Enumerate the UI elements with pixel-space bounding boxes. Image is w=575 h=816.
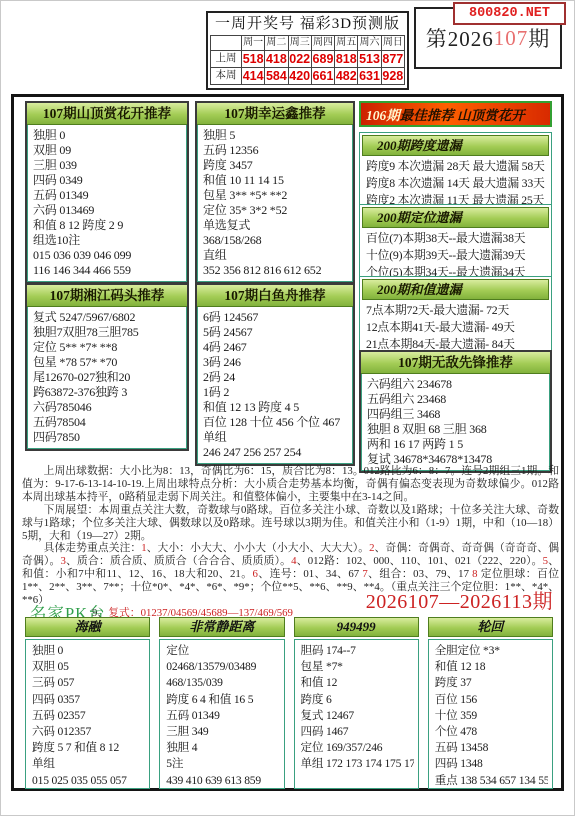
box-content: 六码组六 234678五码组六 23468四码组三 3468独胆 8 双胆 68… <box>361 374 550 471</box>
week-table-header-row: 周一周二周三周四周五周六周日 <box>211 36 404 50</box>
text-line: 跨度 6 <box>301 692 414 708</box>
text-line: 包星 3** *5* **2 <box>203 188 347 203</box>
text-line: 周日 <box>381 36 404 50</box>
week-table-corner <box>211 36 241 50</box>
box-baiyuzhou: 107期白鱼舟推荐 6码 1245675码 245674码 24673码 246… <box>195 283 355 466</box>
watermark-badge: 800820.NET <box>453 2 566 25</box>
text-line: 十位 359 <box>435 708 548 724</box>
text-line: 周四 <box>311 36 334 50</box>
text-line: 单组 <box>32 756 145 772</box>
text-line: 518 <box>241 51 264 67</box>
text-line: 跨度 5 7 和值 8 12 <box>32 740 145 756</box>
week-table-row-lastweek: 上周 518418022689818513877 <box>211 50 404 67</box>
text-line: 三胆 039 <box>33 158 181 173</box>
text-line: 418 <box>264 51 287 67</box>
analysis-paragraph-lastweek: 上周出球数据：大小比为8：13，奇偶比为6：15，质合比为8：13。012路比为… <box>22 465 559 504</box>
text-line: 双胆 09 <box>33 143 181 158</box>
text-segment: 106期 <box>366 104 400 124</box>
text-line: 定位 169/357/246 <box>301 740 414 756</box>
text-line: 5码 24567 <box>203 325 347 340</box>
text-line: 尾12670-027独和20 <box>33 370 181 385</box>
box-title: 200期和值遗漏 <box>362 279 549 300</box>
text-line: 五码 01349 <box>166 708 279 724</box>
text-segment: 、大小：小大大、小小大（小大小、大大大）。 <box>147 542 370 554</box>
row-label: 本周 <box>211 68 241 84</box>
text-line: 周一 <box>241 36 264 50</box>
expert-feichangjingjuli: 非常静距离 定位02468/13579/03489468/135/039跨度 6… <box>159 617 284 789</box>
text-line: 584 <box>264 68 287 84</box>
text-segment: 具体走势重点关注： <box>44 542 142 554</box>
text-line: 跨度 3457 <box>203 158 347 173</box>
text-line: 单组 <box>203 430 347 445</box>
text-line: 877 <box>381 51 404 67</box>
box-title: 107期山顶赏花开推荐 <box>27 103 187 125</box>
text-line: 双胆 05 <box>32 659 145 675</box>
text-line: 直组 <box>203 248 347 263</box>
text-line: 和值 8 12 跨度 2 9 <box>33 218 181 233</box>
expert-name: 海融 <box>25 617 150 637</box>
analysis-paragraph-outlook: 下周展望：本周重点关注大数，奇数球与0路球。百位多关注小球、奇数以及1路球；十位… <box>22 504 559 543</box>
text-line: 三码 057 <box>32 675 145 691</box>
experts-row: 海融 独胆 0双胆 05三码 057四码 0357五码 02357六码 0123… <box>25 617 553 789</box>
text-line: 全胆定位 *3* <box>435 643 548 659</box>
box-content: 独胆 5五码 12356跨度 3457和值 10 11 14 15包星 3** … <box>197 125 353 282</box>
text-line: 跨度 6 4 和值 16 5 <box>166 692 279 708</box>
box-title: 200期跨度遗漏 <box>362 135 549 156</box>
text-line: 和值 12 <box>301 675 414 691</box>
text-line: 015 025 035 055 057 <box>32 773 145 789</box>
expert-name: 949499 <box>294 617 419 637</box>
text-line: 独胆 0 <box>32 643 145 659</box>
box-content: 复式 5247/5967/6802独胆7双胆78三胆785定位 5** *7* … <box>27 307 187 449</box>
text-line: 468/135/039 <box>166 675 279 691</box>
text-line: 定位 5** *7* **8 <box>33 340 181 355</box>
text-segment: 最佳推荐 山顶赏花开 <box>400 104 525 124</box>
expert-content: 全胆定位 *3*和值 12 18跨度 37百位 156十位 359个位 478五… <box>428 639 553 789</box>
box-span-miss: 200期跨度遗漏 跨度9 本次遗漏 28天 最大遗漏 58天跨度8 本次遗漏 1… <box>359 132 552 213</box>
expert-content: 胆码 174--7包星 *7*和值 12跨度 6复式 12467四码 1467定… <box>294 639 419 789</box>
box-content: 7点本期72天-最大遗漏- 72天12点本期41天-最大遗漏- 49天21点本期… <box>362 300 549 353</box>
text-line: 定位 <box>166 643 279 659</box>
text-line: 三胆 349 <box>166 724 279 740</box>
text-line: 五码 01349 <box>33 188 181 203</box>
text-line: 五码 12356 <box>203 143 347 158</box>
watermark-text: 800820.NET <box>469 6 550 21</box>
text-line: 6码 124567 <box>203 310 347 325</box>
text-line: 513 <box>357 51 380 67</box>
text-line: 352 356 812 816 612 652 <box>203 263 347 278</box>
text-line: 六码785046 <box>33 400 181 415</box>
text-line: 百位(7)本期38天--最大遗漏38天 <box>366 230 547 247</box>
text-line: 116 146 344 466 559 <box>33 263 181 278</box>
expert-949499: 949499 胆码 174--7包星 *7*和值 12跨度 6复式 12467四… <box>294 617 419 789</box>
page-title: 一周开奖号 福彩3D预测版 <box>210 14 405 35</box>
week-results-panel: 一周开奖号 福彩3D预测版 周一周二周三周四周五周六周日 上周 51841802… <box>206 11 409 90</box>
text-line: 六码 012357 <box>32 724 145 740</box>
text-line: 五码 02357 <box>32 708 145 724</box>
text-line: 两和 16 17 两跨 1 5 <box>367 437 544 452</box>
box-wudi: 107期无敌先锋推荐 六码组六 234678五码组六 23468四码组三 346… <box>359 350 552 473</box>
text-line: 周三 <box>288 36 311 50</box>
text-line: 周六 <box>357 36 380 50</box>
text-line: 4码 2467 <box>203 340 347 355</box>
text-line: 包星 *7* <box>301 659 414 675</box>
text-line: 百位 128 十位 456 个位 467 <box>203 415 347 430</box>
text-line: 四码7850 <box>33 430 181 445</box>
text-line: 独胆 8 双胆 68 三胆 368 <box>367 422 544 437</box>
text-line: 包星 *78 57* *70 <box>33 355 181 370</box>
box-title: 200期定位遗漏 <box>362 207 549 228</box>
text-line: 四码 0349 <box>33 173 181 188</box>
text-line: 定位 35* 3*2 *52 <box>203 203 347 218</box>
best-recommend-banner: 106期最佳推荐 山顶赏花开 <box>359 101 552 127</box>
text-line: 414 <box>241 68 264 84</box>
text-line: 五码 13458 <box>435 740 548 756</box>
text-line: 组选10注 <box>33 233 181 248</box>
text-line: 独胆 0 <box>33 128 181 143</box>
text-line: 六码组六 234678 <box>367 377 544 392</box>
text-line: 五码组六 23468 <box>367 392 544 407</box>
issue-number: 107 <box>494 26 529 51</box>
text-segment: 、连号：01、34、67 <box>258 568 362 580</box>
text-line: 周五 <box>334 36 357 50</box>
week-table-row-thisweek: 本周 414584420661482631928 <box>211 67 404 84</box>
text-line: 十位(9)本期39天--最大遗漏39天 <box>366 247 547 264</box>
expert-content: 定位02468/13579/03489468/135/039跨度 6 4 和值 … <box>159 639 284 789</box>
text-line: 和值 12 13 跨度 4 5 <box>203 400 347 415</box>
text-line: 818 <box>334 51 357 67</box>
text-line: 482 <box>334 68 357 84</box>
text-line: 022 <box>288 51 311 67</box>
text-line: 1码 2 <box>203 385 347 400</box>
text-line: 928 <box>381 68 404 84</box>
text-line: 439 410 639 613 859 <box>166 773 279 789</box>
text-line: 百位 156 <box>435 692 548 708</box>
lottery-prediction-sheet: 800820.NET 一周开奖号 福彩3D预测版 周一周二周三周四周五周六周日 … <box>0 0 575 816</box>
expert-content: 独胆 0双胆 05三码 057四码 0357五码 02357六码 012357跨… <box>25 639 150 789</box>
text-line: 2码 24 <box>203 370 347 385</box>
text-line: 独胆 5 <box>203 128 347 143</box>
text-line: 3码 246 <box>203 355 347 370</box>
text-line: 四码 1348 <box>435 756 548 772</box>
week-table: 周一周二周三周四周五周六周日 上周 518418022689818513877 … <box>210 35 405 85</box>
box-content: 6码 1245675码 245674码 24673码 2462码 241码 2和… <box>197 307 353 464</box>
text-line: 胆码 174--7 <box>301 643 414 659</box>
text-line: 368/158/268 <box>203 233 347 248</box>
box-content: 独胆 0双胆 09三胆 039四码 0349五码 01349六码 013469和… <box>27 125 187 282</box>
text-line: 六码 013469 <box>33 203 181 218</box>
box-xingyunxin: 107期幸运鑫推荐 独胆 5五码 12356跨度 3457和值 10 11 14… <box>195 101 355 284</box>
text-line: 五码78504 <box>33 415 181 430</box>
text-line: 和值 10 11 14 15 <box>203 173 347 188</box>
expert-name: 轮回 <box>428 617 553 637</box>
text-line: 重点 138 534 657 134 558 <box>435 773 548 789</box>
issue-prefix: 第2026 <box>426 23 494 53</box>
text-line: 跨度8 本次遗漏 14天 最大遗漏 33天 <box>366 175 547 192</box>
pk-issue-range: 2026107—2026113期 <box>366 585 553 614</box>
text-line: 跨度9 本次遗漏 28天 最大遗漏 58天 <box>366 158 547 175</box>
text-line: 246 247 256 257 254 <box>203 445 347 460</box>
text-line: 跨度 37 <box>435 675 548 691</box>
text-line: 独胆 4 <box>166 740 279 756</box>
text-line: 689 <box>311 51 334 67</box>
text-line: 420 <box>288 68 311 84</box>
text-line: 12点本期41天-最大遗漏- 49天 <box>366 319 547 336</box>
text-line: 复式 12467 <box>301 708 414 724</box>
text-line: 7点本期72天-最大遗漏- 72天 <box>366 302 547 319</box>
box-title: 107期白鱼舟推荐 <box>197 285 353 307</box>
text-segment: 、012路：102、000、110、101、021（222、220）。 <box>297 555 543 567</box>
box-shanding: 107期山顶赏花开推荐 独胆 0双胆 09三胆 039四码 0349五码 013… <box>25 101 189 284</box>
box-title: 107期湘江码头推荐 <box>27 285 187 307</box>
text-line: 661 <box>311 68 334 84</box>
text-segment: 、组合：03、79、17 <box>368 568 472 580</box>
text-line: 四码组三 3468 <box>367 407 544 422</box>
box-sum-miss: 200期和值遗漏 7点本期72天-最大遗漏- 72天12点本期41天-最大遗漏-… <box>359 276 552 357</box>
expert-hairong: 海融 独胆 0双胆 05三码 057四码 0357五码 02357六码 0123… <box>25 617 150 789</box>
text-line: 独胆7双胆78三胆785 <box>33 325 181 340</box>
box-content: 百位(7)本期38天--最大遗漏38天十位(9)本期39天--最大遗漏39天个位… <box>362 228 549 281</box>
box-title: 107期无敌先锋推荐 <box>361 352 550 374</box>
text-line: 631 <box>357 68 380 84</box>
row-label: 上周 <box>211 51 241 67</box>
text-line: 和值 12 18 <box>435 659 548 675</box>
text-line: 015 036 039 046 099 <box>33 248 181 263</box>
main-board: 107期山顶赏花开推荐 独胆 0双胆 09三胆 039四码 0349五码 013… <box>11 94 564 791</box>
expert-lunhui: 轮回 全胆定位 *3*和值 12 18跨度 37百位 156十位 359个位 4… <box>428 617 553 789</box>
issue-suffix: 期 <box>528 23 550 53</box>
box-content: 跨度9 本次遗漏 28天 最大遗漏 58天跨度8 本次遗漏 14天 最大遗漏 3… <box>362 156 549 209</box>
text-line: 02468/13579/03489 <box>166 659 279 675</box>
text-line: 单组 172 173 174 175 176 <box>301 756 414 772</box>
expert-name: 非常静距离 <box>159 617 284 637</box>
box-position-miss: 200期定位遗漏 百位(7)本期38天--最大遗漏38天十位(9)本期39天--… <box>359 204 552 285</box>
text-line: 四码 0357 <box>32 692 145 708</box>
box-xiangjiang: 107期湘江码头推荐 复式 5247/5967/6802独胆7双胆78三胆785… <box>25 283 189 451</box>
text-line: 复式 5247/5967/6802 <box>33 310 181 325</box>
text-line: 跨63872-376独跨 3 <box>33 385 181 400</box>
text-line: 周二 <box>264 36 287 50</box>
text-segment: 、质合：质合质、质质合（合合合、质质质）。 <box>66 555 291 567</box>
text-line: 四码 1467 <box>301 724 414 740</box>
text-line: 单选复式 <box>203 218 347 233</box>
box-title: 107期幸运鑫推荐 <box>197 103 353 125</box>
text-line: 5注 <box>166 756 279 772</box>
text-line: 个位 478 <box>435 724 548 740</box>
